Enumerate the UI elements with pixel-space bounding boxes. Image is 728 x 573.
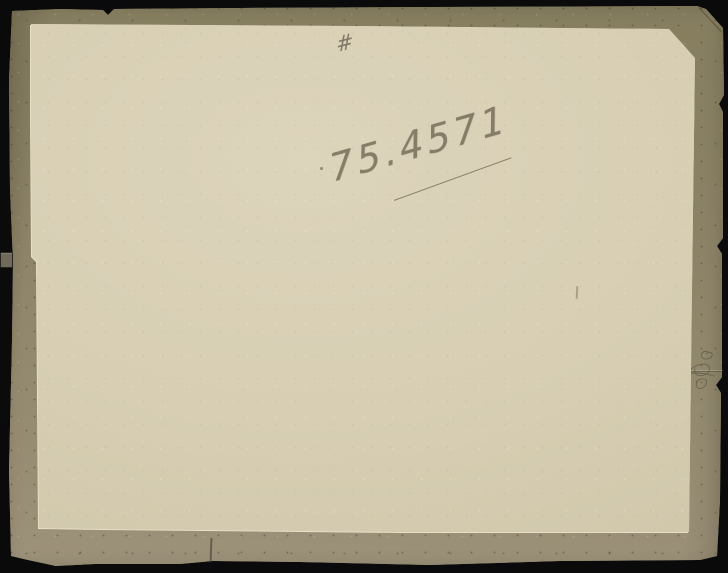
pencil-dot [320, 167, 323, 170]
pencil-hash-mark: # [336, 29, 354, 58]
scanned-photo-verso: # 75.4571 [0, 0, 728, 573]
photo-paper-verso [1, 0, 728, 572]
mount-edge-tab [0, 252, 13, 268]
